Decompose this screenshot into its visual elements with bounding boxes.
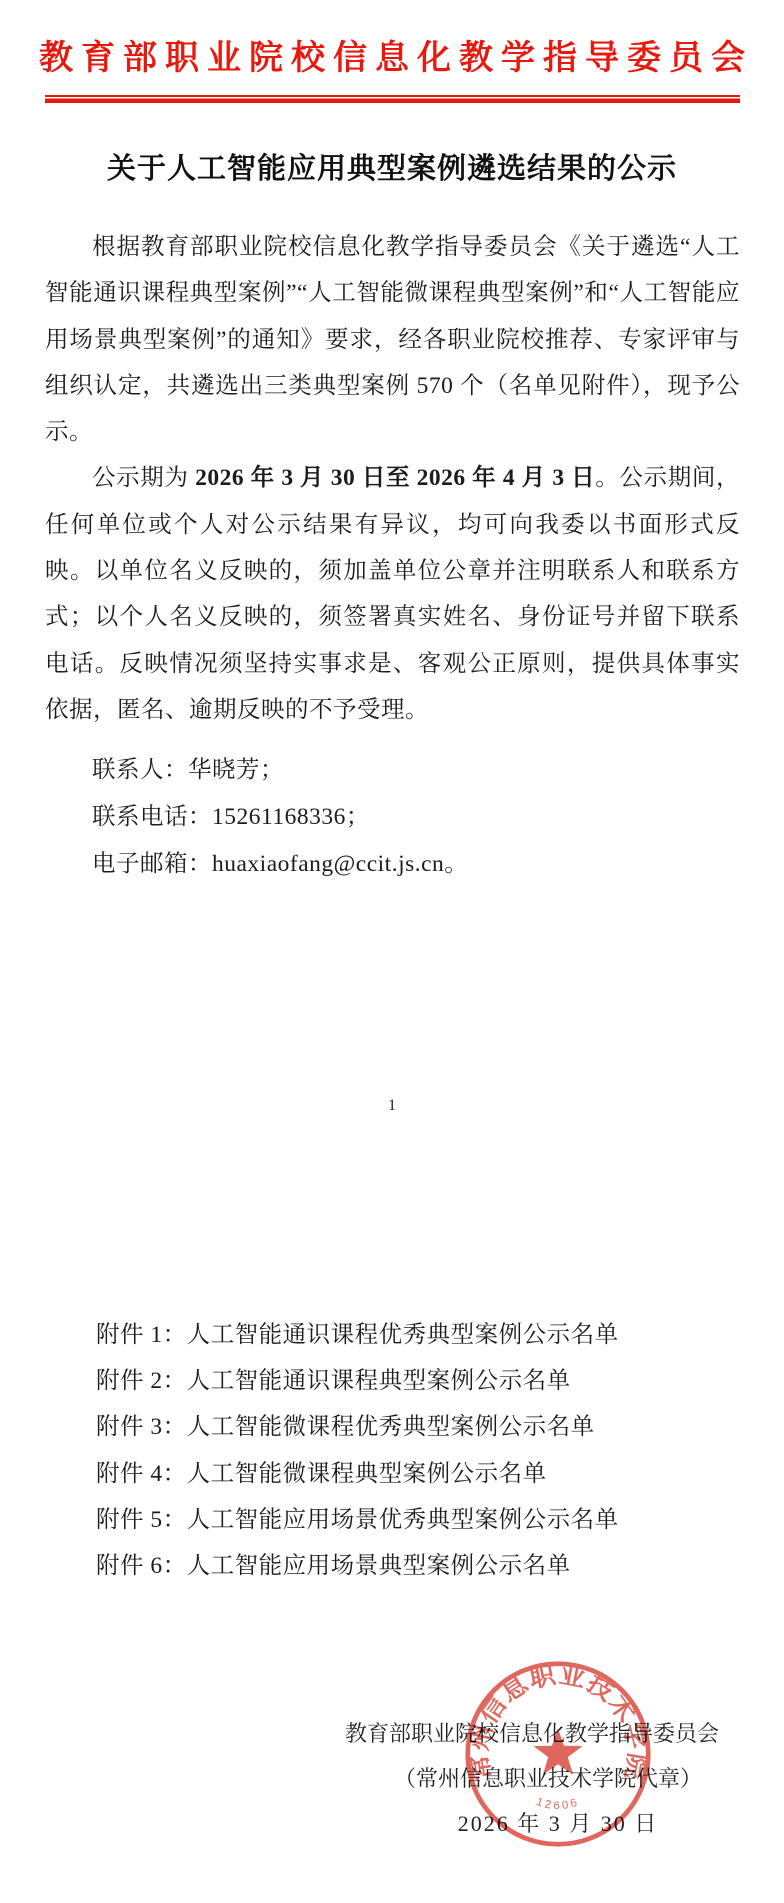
contact-block: 联系人：华晓芳； 联系电话：15261168336； 电子邮箱：huaxiaof… (45, 747, 740, 888)
publicity-period-rest: 。公示期间，任何单位或个人对公示结果有异议，均可向我委以书面形式反映。以单位名义… (45, 465, 740, 722)
letterhead-divider (45, 95, 740, 103)
attachment-list: 附件 1：人工智能通识课程优秀典型案例公示名单 附件 2：人工智能通识课程典型案… (96, 1312, 740, 1589)
attachment-item-6: 附件 6：人工智能应用场景典型案例公示名单 (96, 1543, 740, 1589)
letterhead-org-name: 教育部职业院校信息化教学指导委员会 (0, 30, 784, 79)
attachment-item-4: 附件 4：人工智能微课程典型案例公示名单 (96, 1451, 740, 1497)
signature-date: 2026 年 3 月 30 日 (366, 1801, 750, 1846)
publicity-period-dates: 2026 年 3 月 30 日至 2026 年 4 月 3 日 (195, 465, 595, 491)
contact-email: 电子邮箱：huaxiaofang@ccit.js.cn。 (45, 841, 740, 888)
attachment-item-3: 附件 3：人工智能微课程优秀典型案例公示名单 (96, 1404, 740, 1450)
paragraph-basis-text: 根据教育部职业院校信息化教学指导委员会《关于遴选“人工智能通识课程典型案例”“人… (45, 234, 740, 445)
signature-org: 教育部职业院校信息化教学指导委员会 (340, 1711, 724, 1756)
attachment-item-1: 附件 1：人工智能通识课程优秀典型案例公示名单 (96, 1312, 740, 1358)
attachment-item-5: 附件 5：人工智能应用场景优秀典型案例公示名单 (96, 1497, 740, 1543)
signature-block: 教育部职业院校信息化教学指导委员会 （常州信息职业技术学院代章） 2026 年 … (340, 1711, 724, 1846)
paragraph-publicity-period: 公示期为 2026 年 3 月 30 日至 2026 年 4 月 3 日。公示期… (45, 455, 740, 733)
page-number: 1 (0, 1097, 784, 1115)
publicity-period-lead: 公示期为 (92, 465, 195, 491)
attachment-item-2: 附件 2：人工智能通识课程典型案例公示名单 (96, 1358, 740, 1404)
contact-phone: 联系电话：15261168336； (45, 794, 740, 841)
paragraph-basis: 根据教育部职业院校信息化教学指导委员会《关于遴选“人工智能通识课程典型案例”“人… (45, 224, 740, 455)
document-title: 关于人工智能应用典型案例遴选结果的公示 (0, 146, 784, 187)
document-body: 根据教育部职业院校信息化教学指导委员会《关于遴选“人工智能通识课程典型案例”“人… (45, 224, 740, 888)
document-page: 教育部职业院校信息化教学指导委员会 关于人工智能应用典型案例遴选结果的公示 根据… (0, 0, 784, 1903)
signature-on-behalf: （常州信息职业技术学院代章） (356, 1756, 740, 1801)
contact-person: 联系人：华晓芳； (45, 747, 740, 794)
